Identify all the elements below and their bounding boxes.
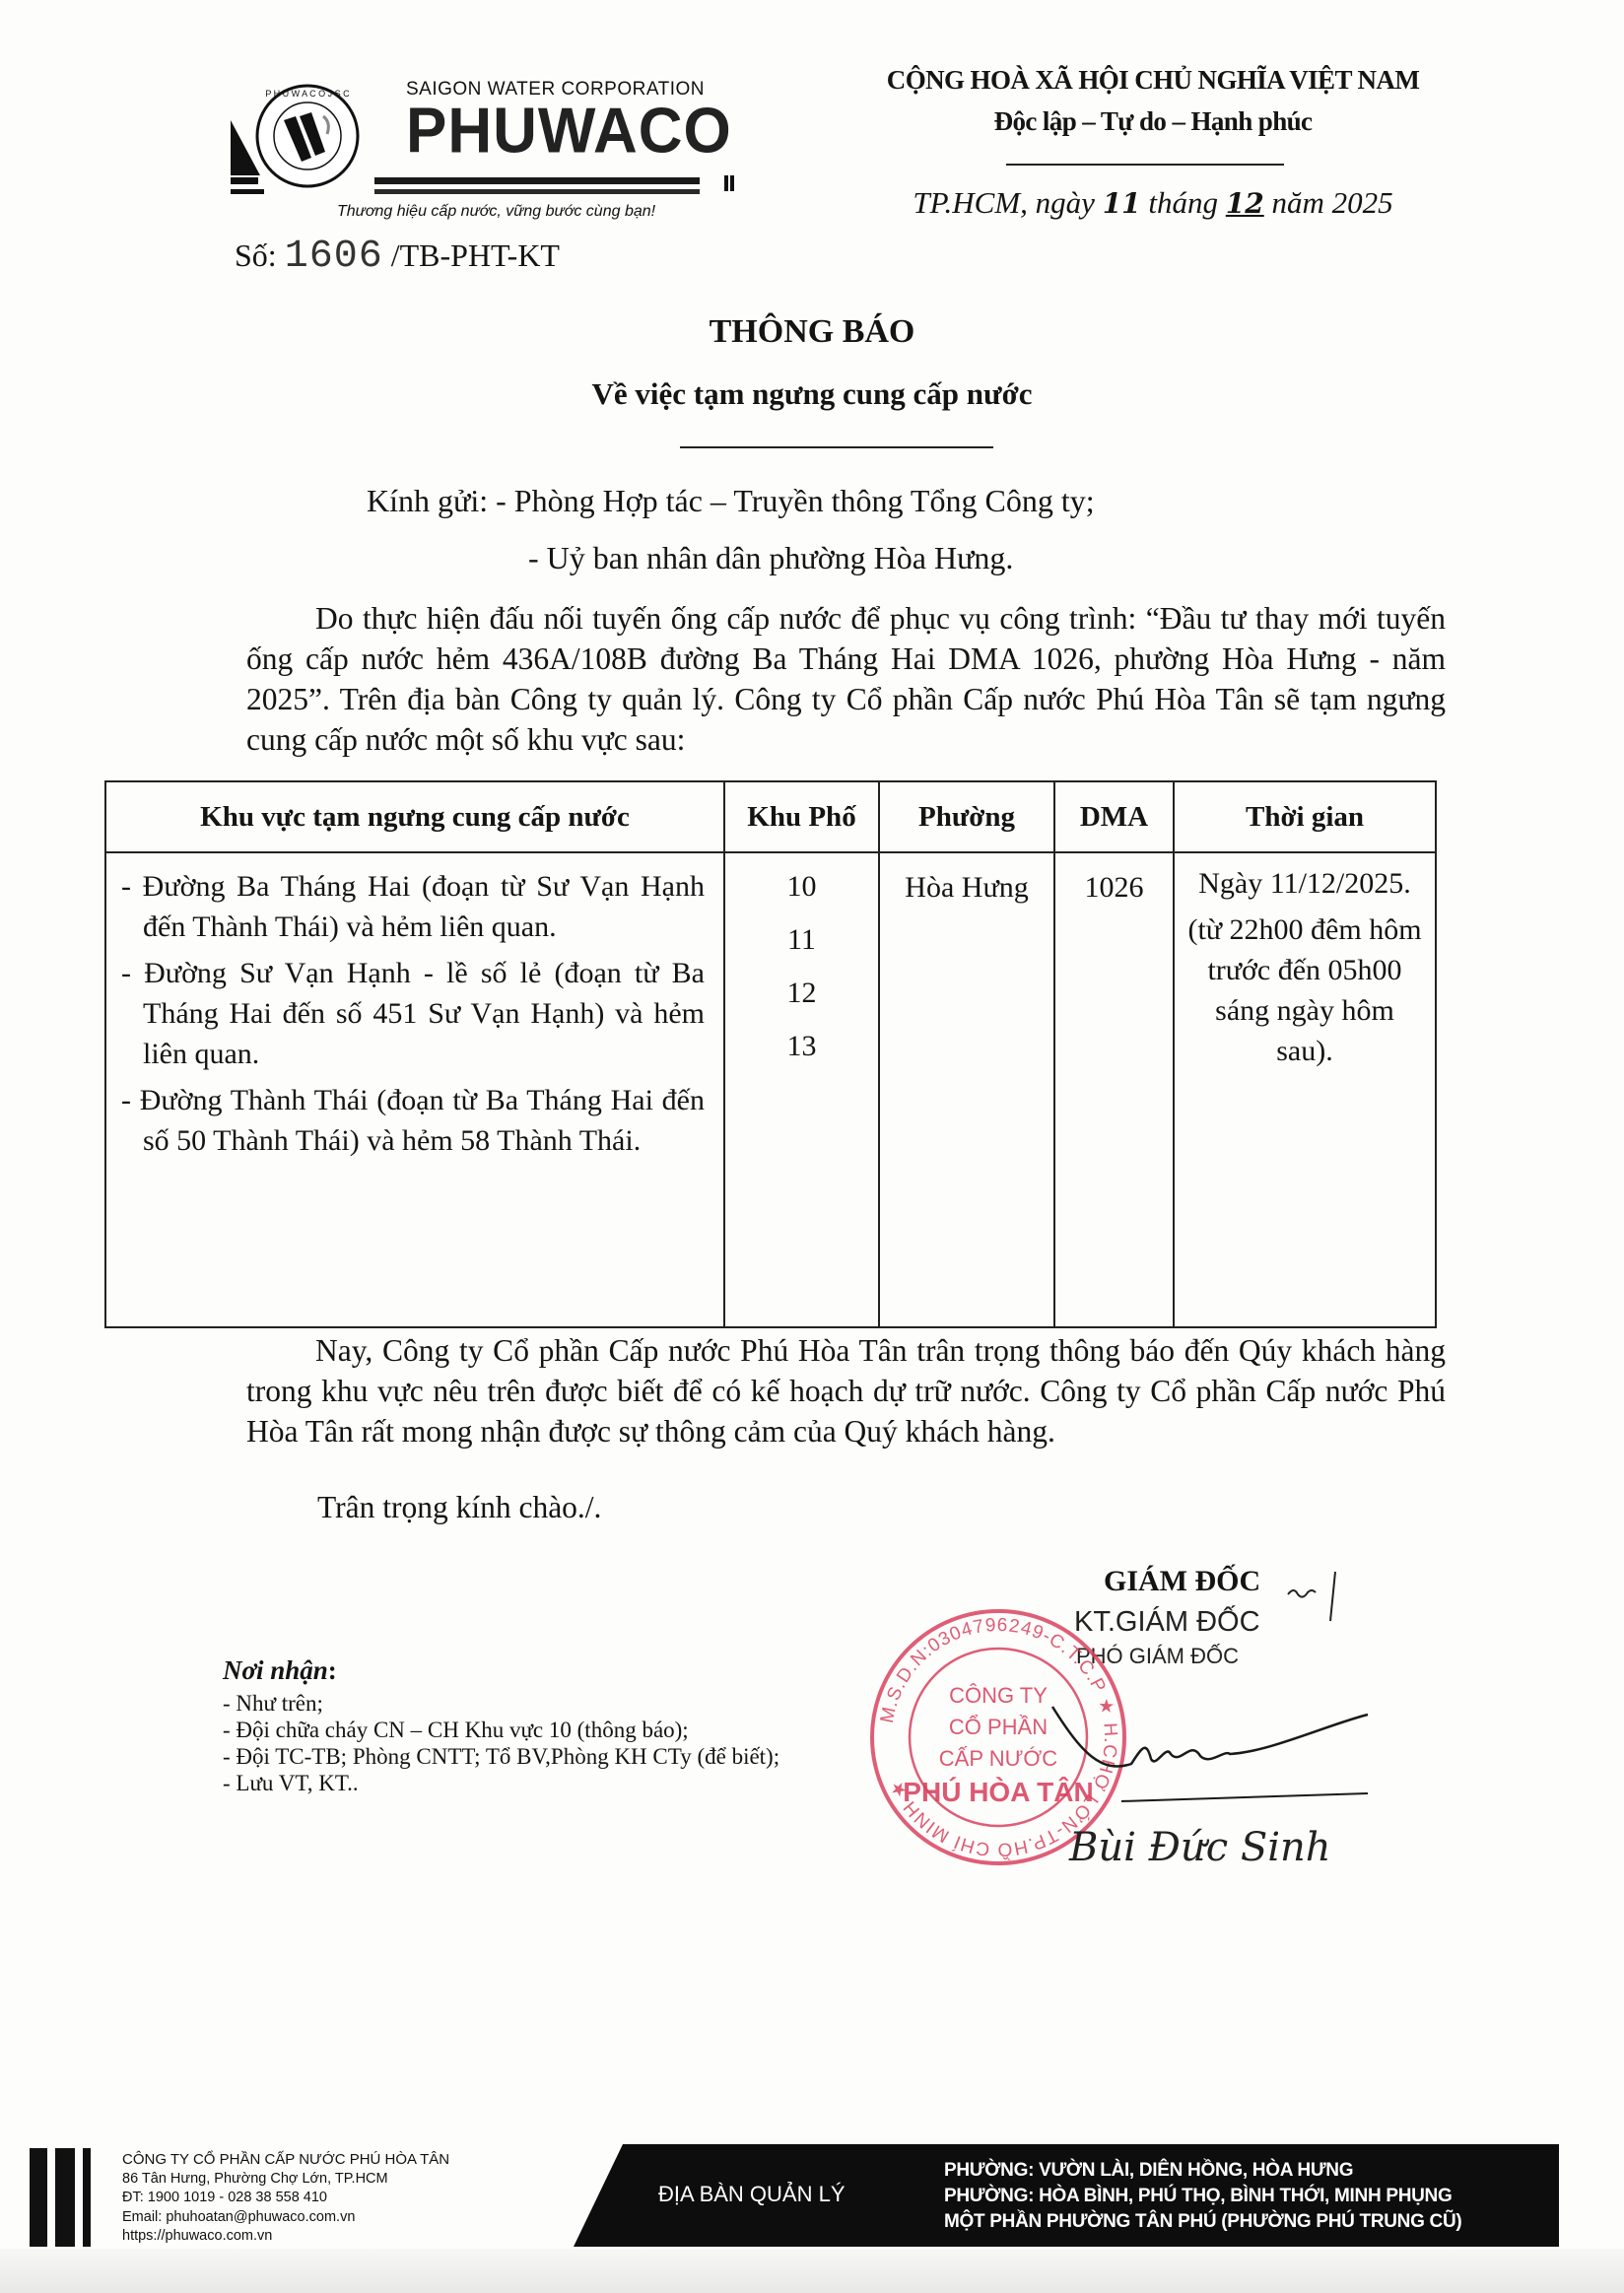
- intro-paragraph: Do thực hiện đấu nối tuyến ống cấp nước …: [246, 598, 1446, 760]
- khu-pho-list: 10 11 12 13: [726, 854, 877, 1064]
- outage-table: Khu vực tạm ngưng cung cấp nước Khu Phố …: [104, 780, 1437, 1328]
- signer-name: Bùi Đức Sinh: [1069, 1825, 1331, 1870]
- closing-paragraph: Nay, Công ty Cổ phần Cấp nước Phú Hòa Tâ…: [246, 1330, 1446, 1451]
- handwritten-signature-icon: [1043, 1695, 1378, 1803]
- list-item: 13: [726, 1028, 877, 1064]
- list-item: - Đường Sư Vạn Hạnh - lề số lẻ (đoạn từ …: [121, 953, 705, 1074]
- closing-salutation: Trân trọng kính chào./.: [317, 1490, 601, 1525]
- svg-text:CẤP NƯỚC: CẤP NƯỚC: [939, 1746, 1057, 1771]
- doc-number-suffix: /TB-PHT-KT: [391, 237, 560, 273]
- place-date: TP.HCM, ngày 11 tháng 12 năm 2025: [808, 185, 1498, 221]
- footer-phone: ĐT: 1900 1019 - 028 38 558 410: [122, 2189, 449, 2208]
- list-item: - Lưu VT, KT..: [223, 1770, 779, 1796]
- list-item: - Đội TC-TB; Phòng CNTT; Tổ BV,Phòng KH …: [223, 1743, 779, 1770]
- list-item: 10: [726, 868, 877, 905]
- document-title: THÔNG BÁO: [0, 313, 1624, 351]
- footer-contact: CÔNG TY CỔ PHẦN CẤP NƯỚC PHÚ HÒA TÂN 86 …: [122, 2150, 449, 2247]
- footer-bars-decoration: [30, 2148, 99, 2247]
- header-area: Khu vực tạm ngưng cung cấp nước: [105, 781, 724, 852]
- cell-time: Ngày 11/12/2025. (từ 22h00 đêm hôm trước…: [1174, 852, 1436, 1327]
- cell-phuong: Hòa Hưng: [879, 852, 1054, 1327]
- list-item: MỘT PHẦN PHƯỜNG TÂN PHÚ (PHƯỜNG PHÚ TRUN…: [944, 2209, 1461, 2235]
- logo-stripe: [231, 189, 264, 194]
- list-item: PHƯỜNG: VƯỜN LÀI, DIÊN HỒNG, HÒA HƯNG: [944, 2158, 1461, 2184]
- header-dma: DMA: [1054, 781, 1174, 852]
- recipient-line-1: Kính gửi: - Phòng Hợp tác – Truyền thông…: [367, 483, 1095, 519]
- logo-end-mark: [724, 175, 734, 191]
- time-detail: (từ 22h00 đêm hôm trước đến 05h00 sáng n…: [1184, 910, 1425, 1071]
- distribution-label: Nơi nhận: [223, 1655, 328, 1685]
- header-khu-pho: Khu Phố: [724, 781, 879, 852]
- initials-mark-icon: [1286, 1567, 1355, 1626]
- list-item: - Như trên;: [223, 1690, 779, 1717]
- svg-text:CÔNG TY: CÔNG TY: [949, 1683, 1048, 1708]
- list-item: 12: [726, 975, 877, 1011]
- footer-website[interactable]: https://phuwaco.com.vn: [122, 2227, 449, 2247]
- page-edge: [0, 2249, 1624, 2293]
- company-logo: P H U W A C O J S C SAIGON WATER CORPORA…: [227, 77, 759, 225]
- footer-area-list: PHƯỜNG: VƯỜN LÀI, DIÊN HỒNG, HÒA HƯNG PH…: [944, 2158, 1461, 2235]
- motto-underline: [1006, 164, 1284, 166]
- distribution-block: Nơi nhận: - Như trên; - Đội chữa cháy CN…: [223, 1655, 779, 1796]
- recipient-line-2: - Uỷ ban nhân dân phường Hòa Hưng.: [528, 540, 1013, 576]
- table-header-row: Khu vực tạm ngưng cung cấp nước Khu Phố …: [105, 781, 1436, 852]
- footer-company: CÔNG TY CỔ PHẦN CẤP NƯỚC PHÚ HÒA TÂN: [122, 2150, 449, 2170]
- date-month-label: tháng: [1148, 185, 1218, 220]
- header-time: Thời gian: [1174, 781, 1436, 852]
- svg-text:CỔ PHẦN: CỔ PHẦN: [949, 1715, 1048, 1739]
- place-date-prefix: TP.HCM, ngày: [913, 185, 1095, 220]
- doc-number-value: 1606: [285, 235, 383, 279]
- logo-slogan: Thương hiệu cấp nước, vững bước cùng bạn…: [337, 203, 655, 221]
- distribution-list: - Như trên; - Đội chữa cháy CN – CH Khu …: [223, 1690, 779, 1796]
- date-year: năm 2025: [1272, 185, 1393, 220]
- date-day: 11: [1103, 187, 1141, 220]
- list-item: - Đường Ba Tháng Hai (đoạn từ Sư Vạn Hạn…: [121, 866, 705, 947]
- time-date: Ngày 11/12/2025.: [1184, 863, 1425, 904]
- area-list: - Đường Ba Tháng Hai (đoạn từ Sư Vạn Hạn…: [107, 854, 722, 1161]
- list-item: - Đường Thành Thái (đoạn từ Ba Tháng Hai…: [121, 1080, 705, 1161]
- signature-title: GIÁM ĐỐC: [1104, 1565, 1260, 1598]
- cell-areas: - Đường Ba Tháng Hai (đoạn từ Sư Vạn Hạn…: [105, 852, 724, 1327]
- logo-stripe: [374, 177, 700, 184]
- title-underline: [680, 446, 993, 448]
- logo-seal-icon: P H U W A C O J S C: [254, 83, 361, 189]
- document-number: Số: 1606 /TB-PHT-KT: [235, 235, 560, 279]
- logo-stripe: [374, 189, 700, 194]
- cell-dma: 1026: [1054, 852, 1174, 1327]
- footer-area-label: ĐỊA BÀN QUẢN LÝ: [658, 2182, 846, 2207]
- footer-email[interactable]: Email: phuhoatan@phuwaco.com.vn: [122, 2208, 449, 2228]
- header-phuong: Phường: [879, 781, 1054, 852]
- nation-motto: Độc lập – Tự do – Hạnh phúc: [808, 106, 1498, 137]
- date-month: 12: [1226, 187, 1264, 220]
- list-item: 11: [726, 921, 877, 958]
- footer-address: 86 Tân Hưng, Phường Chợ Lớn, TP.HCM: [122, 2170, 449, 2190]
- nation-heading: CỘNG HOÀ XÃ HỘI CHỦ NGHĨA VIỆT NAM: [808, 65, 1498, 96]
- document-subtitle: Về việc tạm ngưng cung cấp nước: [0, 376, 1624, 412]
- list-item: PHƯỜNG: HÒA BÌNH, PHÚ THỌ, BÌNH THỚI, MI…: [944, 2184, 1461, 2209]
- list-item: - Đội chữa cháy CN – CH Khu vực 10 (thôn…: [223, 1717, 779, 1743]
- table-row: - Đường Ba Tháng Hai (đoạn từ Sư Vạn Hạn…: [105, 852, 1436, 1327]
- cell-khu-pho: 10 11 12 13: [724, 852, 879, 1327]
- doc-number-label: Số:: [235, 237, 277, 273]
- svg-text:P H U W A C O J S C: P H U W A C O J S C: [265, 89, 350, 99]
- logo-brand-text: PHUWACO: [406, 101, 732, 163]
